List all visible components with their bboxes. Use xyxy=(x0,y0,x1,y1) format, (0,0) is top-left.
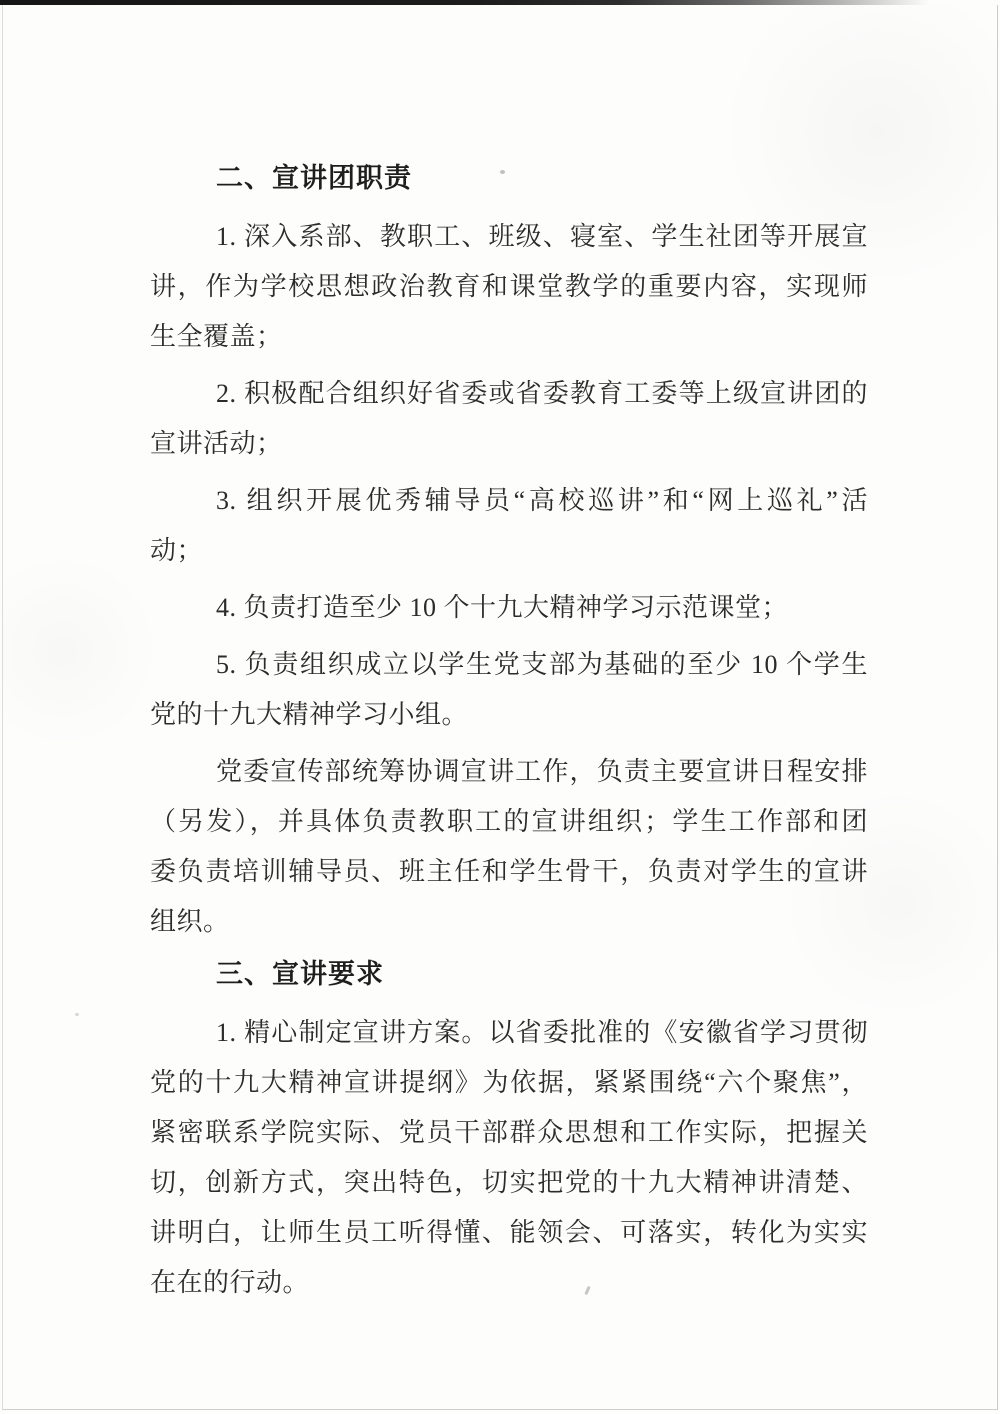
text-line: 4. 负责打造至少 10 个十九大精神学习示范课堂； xyxy=(150,583,868,633)
text-line: 组织。 xyxy=(150,897,868,947)
text-line: 1. 精心制定宣讲方案。以省委批准的《安徽省学习贯彻 xyxy=(150,1008,868,1058)
text-line: 党的十九大精神学习小组。 xyxy=(150,690,868,740)
section-heading-requirements: 三、宣讲要求 xyxy=(150,954,868,994)
text-line: 党委宣传部统筹协调宣讲工作，负责主要宣讲日程安排 xyxy=(150,747,868,797)
scan-edge-top xyxy=(0,0,1000,5)
section-heading-duties: 二、宣讲团职责 xyxy=(150,158,868,198)
document-text-column: 二、宣讲团职责 1. 深入系部、教职工、班级、寝室、学生社团等开展宣讲，作为学校… xyxy=(150,158,868,1315)
text-line: 生全覆盖； xyxy=(150,312,868,362)
paragraph-duty-1: 1. 深入系部、教职工、班级、寝室、学生社团等开展宣讲，作为学校思想政治教育和课… xyxy=(150,212,868,362)
text-line: 讲明白，让师生员工听得懂、能领会、可落实，转化为实实 xyxy=(150,1208,868,1258)
paragraph-duty-2: 2. 积极配合组织好省委或省委教育工委等上级宣讲团的宣讲活动； xyxy=(150,369,868,469)
text-line: 紧密联系学院实际、党员干部群众思想和工作实际，把握关 xyxy=(150,1108,868,1158)
text-line: 讲，作为学校思想政治教育和课堂教学的重要内容，实现师 xyxy=(150,262,868,312)
heading-text-line: 三、宣讲要求 xyxy=(150,954,868,994)
text-line: 党的十九大精神宣讲提纲》为依据，紧紧围绕“六个聚焦”， xyxy=(150,1058,868,1108)
paragraph-duty-3: 3. 组织开展优秀辅导员“高校巡讲”和“网上巡礼”活动； xyxy=(150,476,868,576)
text-line: 1. 深入系部、教职工、班级、寝室、学生社团等开展宣 xyxy=(150,212,868,262)
paragraph-duty-5: 5. 负责组织成立以学生党支部为基础的至少 10 个学生党的十九大精神学习小组。 xyxy=(150,640,868,740)
text-line: 5. 负责组织成立以学生党支部为基础的至少 10 个学生 xyxy=(150,640,868,690)
scanned-document-page: { "page": { "background_color": "#fdfdfc… xyxy=(0,0,1000,1414)
paragraph-coordination: 党委宣传部统筹协调宣讲工作，负责主要宣讲日程安排（另发），并具体负责教职工的宣讲… xyxy=(150,747,868,947)
text-line: 3. 组织开展优秀辅导员“高校巡讲”和“网上巡礼”活 xyxy=(150,476,868,526)
text-line: 宣讲活动； xyxy=(150,419,868,469)
text-line: 切，创新方式，突出特色，切实把党的十九大精神讲清楚、 xyxy=(150,1158,868,1208)
heading-text-line: 二、宣讲团职责 xyxy=(150,158,868,198)
paragraph-requirement-1: 1. 精心制定宣讲方案。以省委批准的《安徽省学习贯彻党的十九大精神宣讲提纲》为依… xyxy=(150,1008,868,1308)
text-line: （另发），并具体负责教职工的宣讲组织；学生工作部和团 xyxy=(150,797,868,847)
text-line: 在在的行动。 xyxy=(150,1258,868,1308)
text-line: 动； xyxy=(150,526,868,576)
paragraph-duty-4: 4. 负责打造至少 10 个十九大精神学习示范课堂； xyxy=(150,583,868,633)
scan-speck xyxy=(75,1013,79,1016)
text-line: 2. 积极配合组织好省委或省委教育工委等上级宣讲团的 xyxy=(150,369,868,419)
text-line: 委负责培训辅导员、班主任和学生骨干，负责对学生的宣讲 xyxy=(150,847,868,897)
